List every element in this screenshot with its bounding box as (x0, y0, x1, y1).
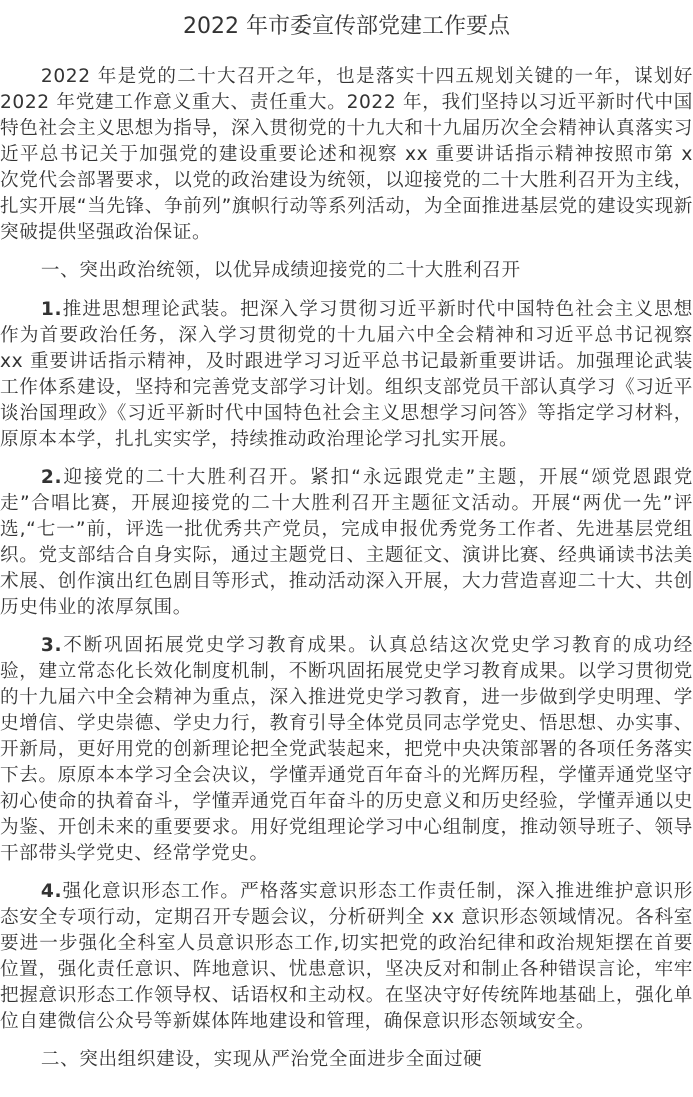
item-number: 4. (41, 881, 62, 902)
intro-paragraph: 2022 年是党的二十大召开之年，也是落实十四五规划关键的一年，谋划好 2022… (0, 64, 693, 246)
item-text: 推进思想理论武装。把深入学习贯彻习近平新时代中国特色社会主义思想作为首要政治任务… (0, 299, 693, 450)
item-text: 迎接党的二十大胜利召开。紧扣“永远跟党走”主题，开展“颂党恩跟党走”合唱比赛，开… (0, 467, 693, 618)
document: 2022 年市委宣传部党建工作要点 2022 年是党的二十大召开之年，也是落实十… (0, 13, 693, 1073)
section-item-2: 2.迎接党的二十大胜利召开。紧扣“永远跟党走”主题，开展“颂党恩跟党走”合唱比赛… (0, 465, 693, 621)
item-text: 不断巩固拓展党史学习教育成果。认真总结这次党史学习教育的成功经验，建立常态化长效… (0, 635, 693, 864)
section-item-3: 3.不断巩固拓展党史学习教育成果。认真总结这次党史学习教育的成功经验，建立常态化… (0, 633, 693, 867)
section-item-4: 4.强化意识形态工作。严格落实意识形态工作责任制，深入推进维护意识形态安全专项行… (0, 879, 693, 1035)
item-text: 强化意识形态工作。严格落实意识形态工作责任制，深入推进维护意识形态安全专项行动，… (0, 881, 693, 1032)
section-item-1: 1.推进思想理论武装。把深入学习贯彻习近平新时代中国特色社会主义思想作为首要政治… (0, 297, 693, 453)
item-number: 2. (41, 467, 62, 488)
section-heading-2: 二、突出组织建设，实现从严治党全面进步全面过硬 (0, 1047, 693, 1073)
item-number: 3. (41, 635, 62, 656)
section-heading-1: 一、突出政治统领，以优异成绩迎接党的二十大胜利召开 (0, 258, 693, 284)
item-number: 1. (41, 299, 62, 320)
document-title: 2022 年市委宣传部党建工作要点 (0, 13, 693, 41)
